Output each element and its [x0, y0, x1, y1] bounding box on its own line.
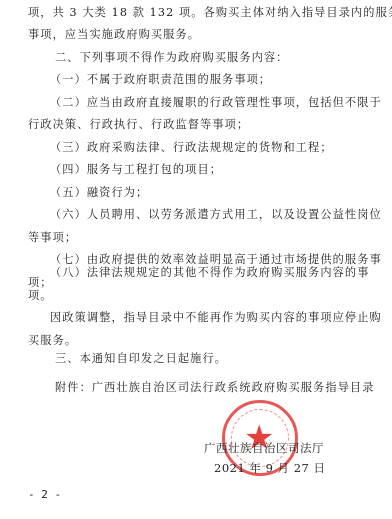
list-item: （四）服务与工程打包的项目；: [50, 163, 222, 177]
list-item: （六）人员聘用、以劳务派遣方式用工，以及设置公益性岗位: [50, 208, 382, 222]
attachment-line: 附件：广西壮族自治区司法行政系统政府购买服务指导目录: [55, 381, 374, 395]
text-line: 因政策调整，指导目录中不能再作为购买内容的事项应停止购: [50, 311, 382, 325]
list-item: （一）不属于政府职责范围的服务事项；: [50, 73, 271, 87]
page-number: - 2 -: [28, 488, 61, 501]
text-line: 等事项；: [28, 231, 77, 245]
text-line: 项，共 3 大类 18 款 132 项。各购买主体对纳入指导目录内的服务: [28, 6, 392, 20]
signature-organization: 广西壮族自治区司法厅: [204, 440, 324, 456]
text-line: 买服务。: [28, 334, 77, 348]
list-item: （三）政府采购法律、行政法规规定的货物和工程；: [50, 141, 333, 155]
text-line: 项；: [28, 276, 53, 290]
text-line: 项。: [28, 289, 53, 303]
list-item: （七）由政府提供的效率效益明显高于通过市场提供的服务事: [50, 253, 382, 267]
text-line: 行政决策、行政执行、行政监督等事项；: [28, 118, 249, 132]
signature-date: 2021 年 9 月 27 日: [214, 460, 326, 476]
list-item: （八）法律法规规定的其他不得作为政府购买服务内容的事: [50, 266, 369, 280]
section-heading: 二、下列事项不得作为政府购买服务内容：: [55, 51, 288, 65]
section-heading: 三、本通知自印发之日起施行。: [55, 352, 227, 366]
text-line: 事项，应当实施政府购买服务。: [28, 28, 200, 42]
list-item: （五）融资行为；: [50, 186, 148, 200]
list-item: （二）应当由政府直接履职的行政管理性事项，包括但不限于: [50, 96, 382, 110]
